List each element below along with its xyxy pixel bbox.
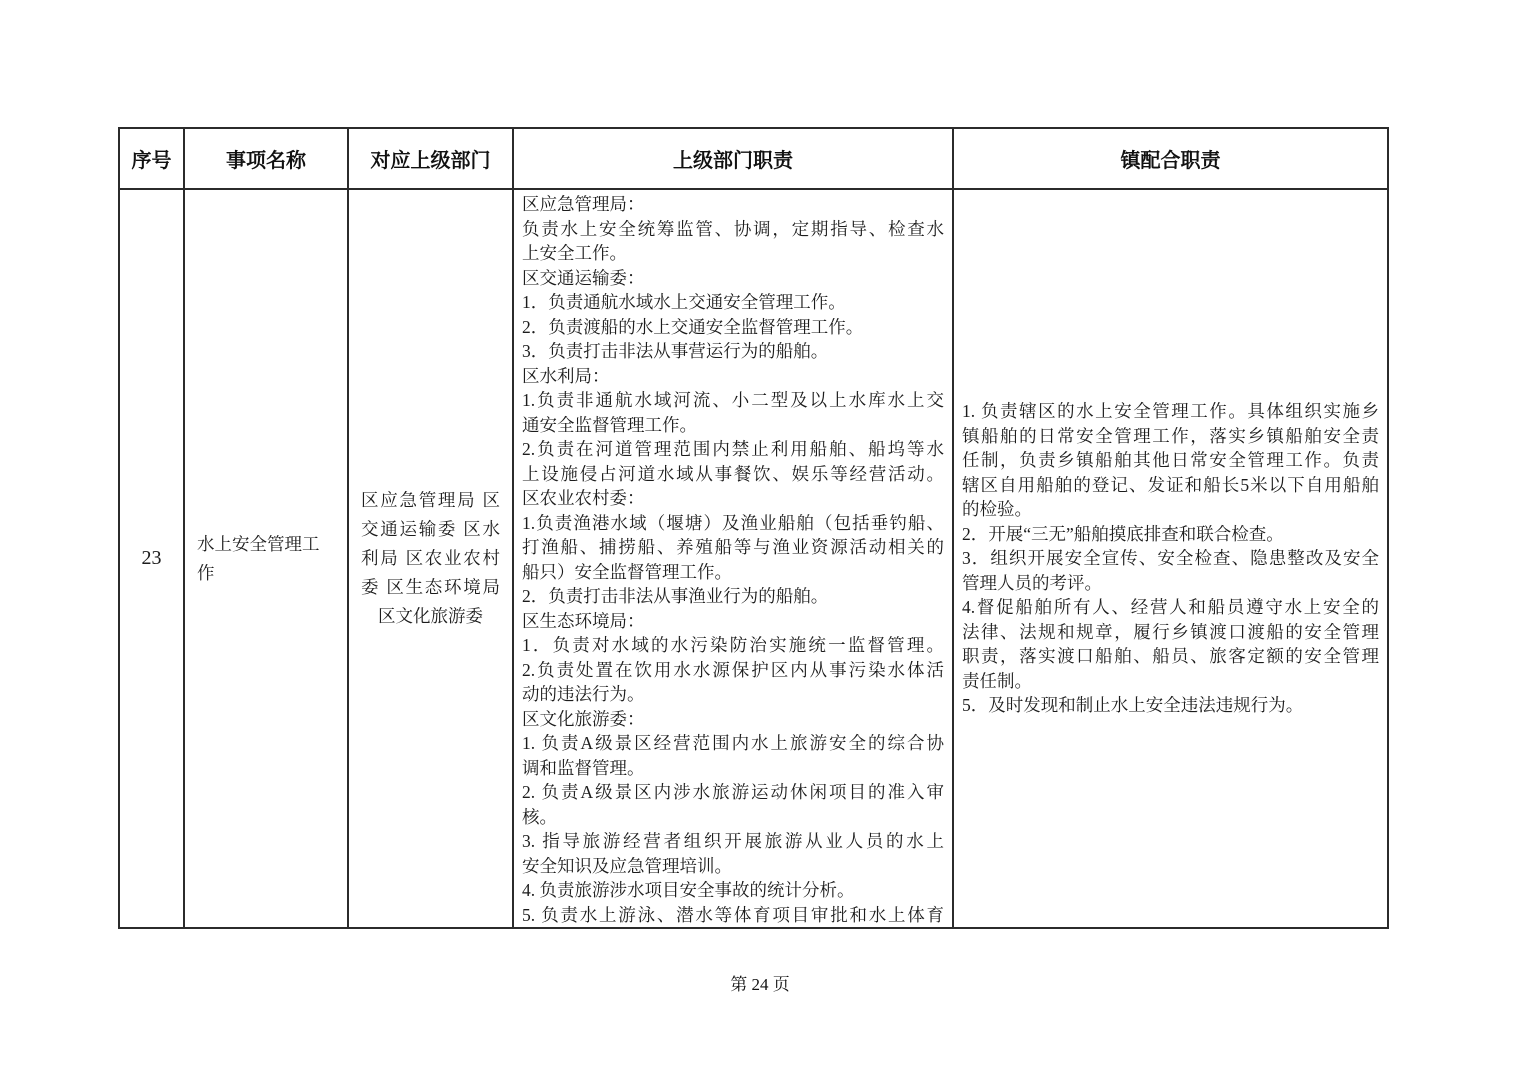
text-line: 核。 <box>522 805 944 830</box>
text-line: 区文化旅游委： <box>522 707 944 732</box>
text-line: 4. 负责旅游涉水项目安全事故的统计分析。 <box>522 878 944 903</box>
text-line: 负责水上安全统筹监管、协调，定期指导、检查水 <box>522 217 944 242</box>
text-line: 1．负责通航水域水上交通安全管理工作。 <box>522 290 944 315</box>
text-line: 通安全监督管理工作。 <box>522 413 944 438</box>
text-line: 区生态环境局： <box>522 609 944 634</box>
text-line: 责任制。 <box>962 669 1379 694</box>
text-line: 3. 指导旅游经营者组织开展旅游从业人员的水上 <box>522 829 944 854</box>
text-line: 1. 负责A级景区经营范围内水上旅游安全的综合协 <box>522 731 944 756</box>
text-line: 上设施侵占河道水域从事餐饮、娱乐等经营活动。 <box>522 462 944 487</box>
text-line: 法律、法规和规章，履行乡镇渡口渡船的安全管理 <box>962 620 1379 645</box>
text-line: 1．负责对水域的水污染防治实施统一监督管理。 <box>522 633 944 658</box>
text-line: 2.负责处置在饮用水水源保护区内从事污染水体活 <box>522 658 944 683</box>
text-line: 5．及时发现和制止水上安全违法违规行为。 <box>962 693 1379 718</box>
text-line: 2. 负责A级景区内涉水旅游运动休闲项目的准入审 <box>522 780 944 805</box>
text-line: 船只）安全监督管理工作。 <box>522 560 944 585</box>
text-line: 2.负责在河道管理范围内禁止利用船舶、船坞等水 <box>522 437 944 462</box>
text-line: 区水利局： <box>522 364 944 389</box>
header-superior-duties: 上级部门职责 <box>513 128 953 189</box>
responsibility-table: 序号 事项名称 对应上级部门 上级部门职责 镇配合职责 23 水上安全管理工作 … <box>118 127 1389 929</box>
header-item-name: 事项名称 <box>184 128 348 189</box>
text-line: 3．负责打击非法从事营运行为的船舶。 <box>522 339 944 364</box>
header-superior-department: 对应上级部门 <box>348 128 513 189</box>
text-line: 安全知识及应急管理培训。 <box>522 854 944 879</box>
text-line: 区农业农村委： <box>522 486 944 511</box>
text-line: 区应急管理局： <box>522 192 944 217</box>
text-line: 镇船舶的日常安全管理工作，落实乡镇船舶安全责 <box>962 424 1379 449</box>
text-line: 2．负责渡船的水上交通安全监督管理工作。 <box>522 315 944 340</box>
header-town-duties: 镇配合职责 <box>953 128 1388 189</box>
text-line: 上安全工作。 <box>522 241 944 266</box>
text-line: 任制，负责乡镇船舶其他日常安全管理工作。负责 <box>962 448 1379 473</box>
text-line: 2．负责打击非法从事渔业行为的船舶。 <box>522 584 944 609</box>
text-line: 管理人员的考评。 <box>962 571 1379 596</box>
document-page: 序号 事项名称 对应上级部门 上级部门职责 镇配合职责 23 水上安全管理工作 … <box>0 0 1520 1074</box>
text-line: 职责，落实渡口船舶、船员、旅客定额的安全管理 <box>962 644 1379 669</box>
cell-superior-duties: 区应急管理局：负责水上安全统筹监管、协调，定期指导、检查水上安全工作。区交通运输… <box>513 189 953 928</box>
text-line: 区交通运输委： <box>522 266 944 291</box>
text-line: 4.督促船舶所有人、经营人和船员遵守水上安全的 <box>962 595 1379 620</box>
cell-superior-departments: 区应急管理局 区交通运输委 区水利局 区农业农村委 区生态环境局 区文化旅游委 <box>348 189 513 928</box>
text-line: 3．组织开展安全宣传、安全检查、隐患整改及安全 <box>962 546 1379 571</box>
text-line: 5. 负责水上游泳、潜水等体育项目审批和水上体育 <box>522 903 944 928</box>
text-line: 1.负责非通航水域河流、小二型及以上水库水上交 <box>522 388 944 413</box>
text-line: 打渔船、捕捞船、养殖船等与渔业资源活动相关的 <box>522 535 944 560</box>
header-serial-number: 序号 <box>119 128 184 189</box>
cell-serial-number: 23 <box>119 189 184 928</box>
cell-town-duties: 1. 负责辖区的水上安全管理工作。具体组织实施乡镇船舶的日常安全管理工作，落实乡… <box>953 189 1388 928</box>
cell-item-name: 水上安全管理工作 <box>184 189 348 928</box>
text-line: 辖区自用船舶的登记、发证和船长5米以下自用船舶 <box>962 473 1379 498</box>
table-header-row: 序号 事项名称 对应上级部门 上级部门职责 镇配合职责 <box>119 128 1388 189</box>
text-line: 动的违法行为。 <box>522 682 944 707</box>
text-line: 1.负责渔港水域（堰塘）及渔业船舶（包括垂钓船、 <box>522 511 944 536</box>
text-line: 调和监督管理。 <box>522 756 944 781</box>
page-footer: 第 24 页 <box>0 975 1520 995</box>
text-line: 的检验。 <box>962 497 1379 522</box>
text-line: 1. 负责辖区的水上安全管理工作。具体组织实施乡 <box>962 399 1379 424</box>
text-line: 2．开展“三无”船舶摸底排查和联合检查。 <box>962 522 1379 547</box>
table-row: 23 水上安全管理工作 区应急管理局 区交通运输委 区水利局 区农业农村委 区生… <box>119 189 1388 928</box>
